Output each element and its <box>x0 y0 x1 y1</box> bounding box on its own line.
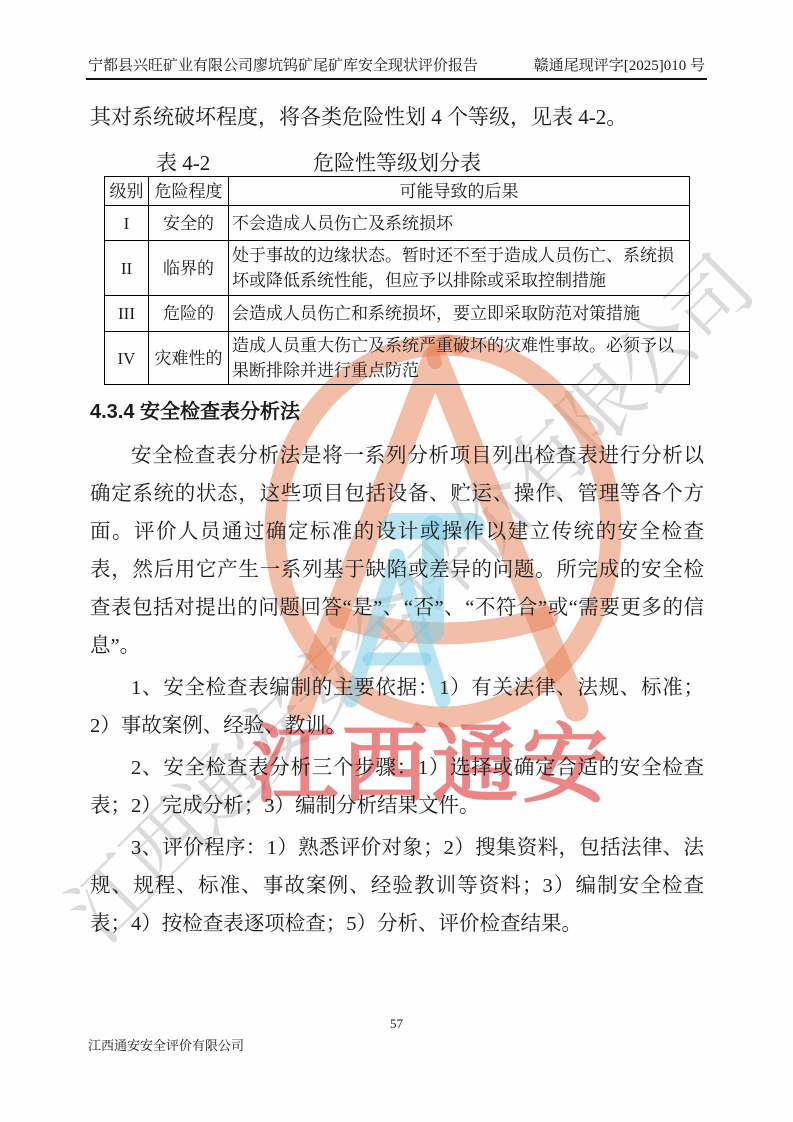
document-page: 江西通安安全评价有限公司 江西通安 宁都县兴旺矿业有限公司廖坑钨矿尾矿库安全现状… <box>0 0 793 1122</box>
cell-degree: 危险的 <box>149 296 229 332</box>
cell-consequence: 造成人员重大伤亡及系统严重破坏的灾难性事故。必须予以果断排除并进行重点防范 <box>229 332 690 385</box>
cell-degree: 灾难性的 <box>149 332 229 385</box>
intro-paragraph: 其对系统破坏程度，将各类危险性划 4 个等级，见表 4-2。 <box>90 102 708 132</box>
section-heading: 4.3.4 安全检查表分析法 <box>90 395 300 424</box>
cell-level: IV <box>105 332 149 385</box>
cell-consequence: 处于事故的边缘状态。暂时还不至于造成人员伤亡、系统损坏或降低系统性能，但应予以排… <box>229 241 690 296</box>
cell-consequence: 不会造成人员伤亡及系统损坏 <box>229 206 690 241</box>
header-doc-number: 赣通尾现评字[2025]010 号 <box>534 54 705 75</box>
paragraph: 2、安全检查表分析三个步骤：1）选择或确定合适的安全检查表；2）完成分析；3）编… <box>90 749 704 825</box>
cell-level: I <box>105 206 149 241</box>
cell-degree: 安全的 <box>149 206 229 241</box>
danger-grade-table: 级别 危险程度 可能导致的后果 I 安全的 不会造成人员伤亡及系统损坏 II 临… <box>104 176 690 385</box>
paragraph: 3、评价程序：1）熟悉评价对象；2）搜集资料，包括法律、法规、规程、标准、事故案… <box>90 829 704 943</box>
col-header-consequence: 可能导致的后果 <box>229 177 690 206</box>
table-title: 危险性等级划分表 <box>104 147 690 177</box>
paragraph: 安全检查表分析法是将一系列分析项目列出检查表进行分析以确定系统的状态，这些项目包… <box>90 437 704 665</box>
table-row: II 临界的 处于事故的边缘状态。暂时还不至于造成人员伤亡、系统损坏或降低系统性… <box>105 241 690 296</box>
cell-level: II <box>105 241 149 296</box>
page-number: 57 <box>0 1016 793 1032</box>
header-rule <box>86 78 707 80</box>
footer-company-name: 江西通安安全评价有限公司 <box>88 1035 244 1054</box>
col-header-level: 级别 <box>105 177 149 206</box>
paragraph: 1、安全检查表编制的主要依据：1）有关法律、法规、标准；2）事故案例、经验、教训… <box>90 669 704 745</box>
table-row: I 安全的 不会造成人员伤亡及系统损坏 <box>105 206 690 241</box>
table-row: III 危险的 会造成人员伤亡和系统损坏，要立即采取防范对策措施 <box>105 296 690 332</box>
cell-level: III <box>105 296 149 332</box>
col-header-degree: 危险程度 <box>149 177 229 206</box>
table-header-row: 级别 危险程度 可能导致的后果 <box>105 177 690 206</box>
table-caption: 表 4-2 危险性等级划分表 <box>104 147 690 173</box>
cell-consequence: 会造成人员伤亡和系统损坏，要立即采取防范对策措施 <box>229 296 690 332</box>
table-row: IV 灾难性的 造成人员重大伤亡及系统严重破坏的灾难性事故。必须予以果断排除并进… <box>105 332 690 385</box>
body-text: 安全检查表分析法是将一系列分析项目列出检查表进行分析以确定系统的状态，这些项目包… <box>90 437 704 943</box>
header-report-title: 宁都县兴旺矿业有限公司廖坑钨矿尾矿库安全现状评价报告 <box>88 54 478 75</box>
cell-degree: 临界的 <box>149 241 229 296</box>
content-layer: 宁都县兴旺矿业有限公司廖坑钨矿尾矿库安全现状评价报告 赣通尾现评字[2025]0… <box>0 0 793 1122</box>
